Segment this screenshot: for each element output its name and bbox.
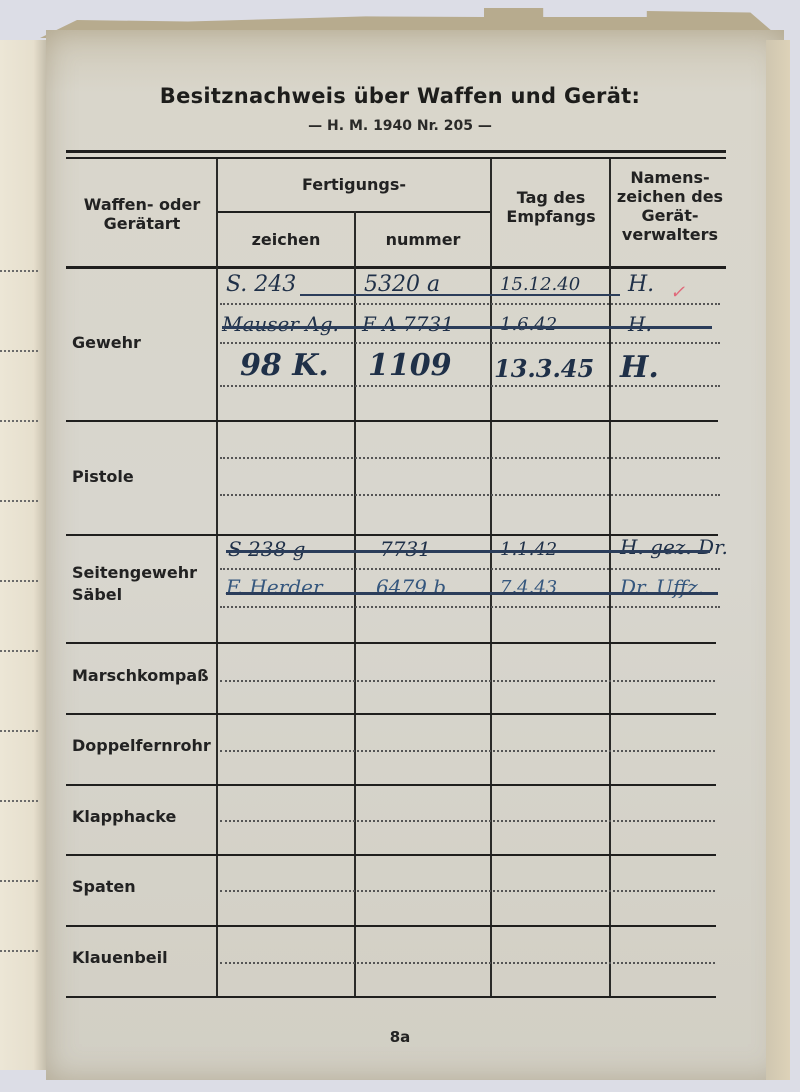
- handwritten-zeichen: F. Herder: [226, 575, 323, 599]
- table-top-rule-2: [66, 157, 726, 159]
- handwritten-namenszeichen: H.: [628, 312, 652, 336]
- handwritten-zeichen: S 238 g: [228, 537, 305, 561]
- row-label-doppelfernrohr: Doppelfernrohr: [72, 735, 211, 757]
- left-facing-page: [0, 40, 50, 1070]
- handwritten-nummer: 7731: [380, 537, 431, 561]
- table-top-rule: [66, 150, 726, 153]
- strike-through: [222, 326, 712, 329]
- dotted-line: [220, 606, 720, 608]
- strike-through: [226, 550, 710, 553]
- handwritten-zeichen: 98 K.: [240, 348, 329, 383]
- handwritten-namenszeichen: H.: [628, 272, 654, 297]
- page-number: 8a: [0, 1028, 800, 1046]
- dotted-line: [220, 568, 720, 570]
- row-rule: [66, 854, 716, 856]
- header-zeichen: zeichen: [218, 230, 354, 249]
- row-rule: [66, 925, 716, 927]
- dotted-line: [0, 730, 38, 732]
- dotted-line: [220, 680, 715, 682]
- handwritten-tag: 13.3.45: [494, 354, 594, 383]
- dotted-line: [0, 500, 38, 502]
- header-tag-des-empfangs: Tag des Empfangs: [494, 188, 608, 226]
- header-fertigungs: Fertigungs-: [218, 175, 490, 194]
- handwritten-namenszeichen: Dr. Uffz.: [620, 575, 704, 599]
- handwritten-zeichen: Mauser Ag.: [222, 312, 339, 336]
- row-rule: [66, 642, 716, 644]
- dotted-line: [0, 420, 38, 422]
- dotted-line: [220, 342, 720, 344]
- dotted-line: [0, 270, 38, 272]
- dotted-line: [0, 650, 38, 652]
- red-signature: ✓: [670, 282, 685, 303]
- handwritten-tag: 15.12.40: [500, 274, 580, 295]
- dotted-line: [220, 750, 715, 752]
- dotted-line: [220, 457, 720, 459]
- row-rule: [66, 420, 718, 422]
- header-bottom-rule: [66, 266, 726, 269]
- strike-through: [226, 592, 718, 595]
- handwritten-zeichen: S. 243: [226, 272, 296, 297]
- dotted-line: [0, 880, 38, 882]
- header-namenszeichen: Namens- zeichen des Gerät- verwalters: [612, 168, 728, 244]
- dotted-line: [220, 385, 720, 387]
- strike-through: [300, 294, 620, 296]
- row-rule: [66, 784, 716, 786]
- row-label-seitengewehr: Seitengewehr Säbel: [72, 562, 212, 606]
- dotted-line: [220, 890, 715, 892]
- page-subtitle: — H. M. 1940 Nr. 205 —: [0, 118, 800, 134]
- dotted-line: [0, 800, 38, 802]
- fertigungs-underline: [216, 211, 490, 213]
- handwritten-nummer: 1109: [368, 348, 452, 383]
- dotted-line: [0, 950, 38, 952]
- handwritten-namenszeichen: H. gez. Dr.: [620, 535, 728, 559]
- row-label-pistole: Pistole: [72, 466, 134, 488]
- dotted-line: [220, 303, 720, 305]
- col-divider: [490, 159, 492, 997]
- col-divider: [216, 159, 218, 997]
- dotted-line: [220, 494, 720, 496]
- row-label-spaten: Spaten: [72, 876, 136, 898]
- header-nummer: nummer: [356, 230, 490, 249]
- page-edge: [766, 40, 790, 1080]
- header-waffen-geraetart: Waffen- oder Gerätart: [70, 195, 214, 233]
- row-rule: [66, 713, 716, 715]
- dotted-line: [0, 350, 38, 352]
- row-label-gewehr: Gewehr: [72, 332, 141, 354]
- handwritten-nummer: F A 7731: [362, 312, 454, 336]
- dotted-line: [0, 580, 38, 582]
- handwritten-namenszeichen: H.: [620, 350, 659, 385]
- row-label-klapphacke: Klapphacke: [72, 806, 176, 828]
- handwritten-nummer: 6479 b: [376, 575, 446, 599]
- row-label-marschkompass: Marschkompaß: [72, 665, 209, 687]
- dotted-line: [220, 820, 715, 822]
- table-bottom-rule: [66, 996, 716, 998]
- row-label-klauenbeil: Klauenbeil: [72, 947, 168, 969]
- handwritten-tag: 1.6.42: [500, 314, 557, 335]
- col-divider: [609, 159, 611, 997]
- dotted-line: [220, 962, 715, 964]
- page-title: Besitznachweis über Waffen und Gerät:: [0, 84, 800, 108]
